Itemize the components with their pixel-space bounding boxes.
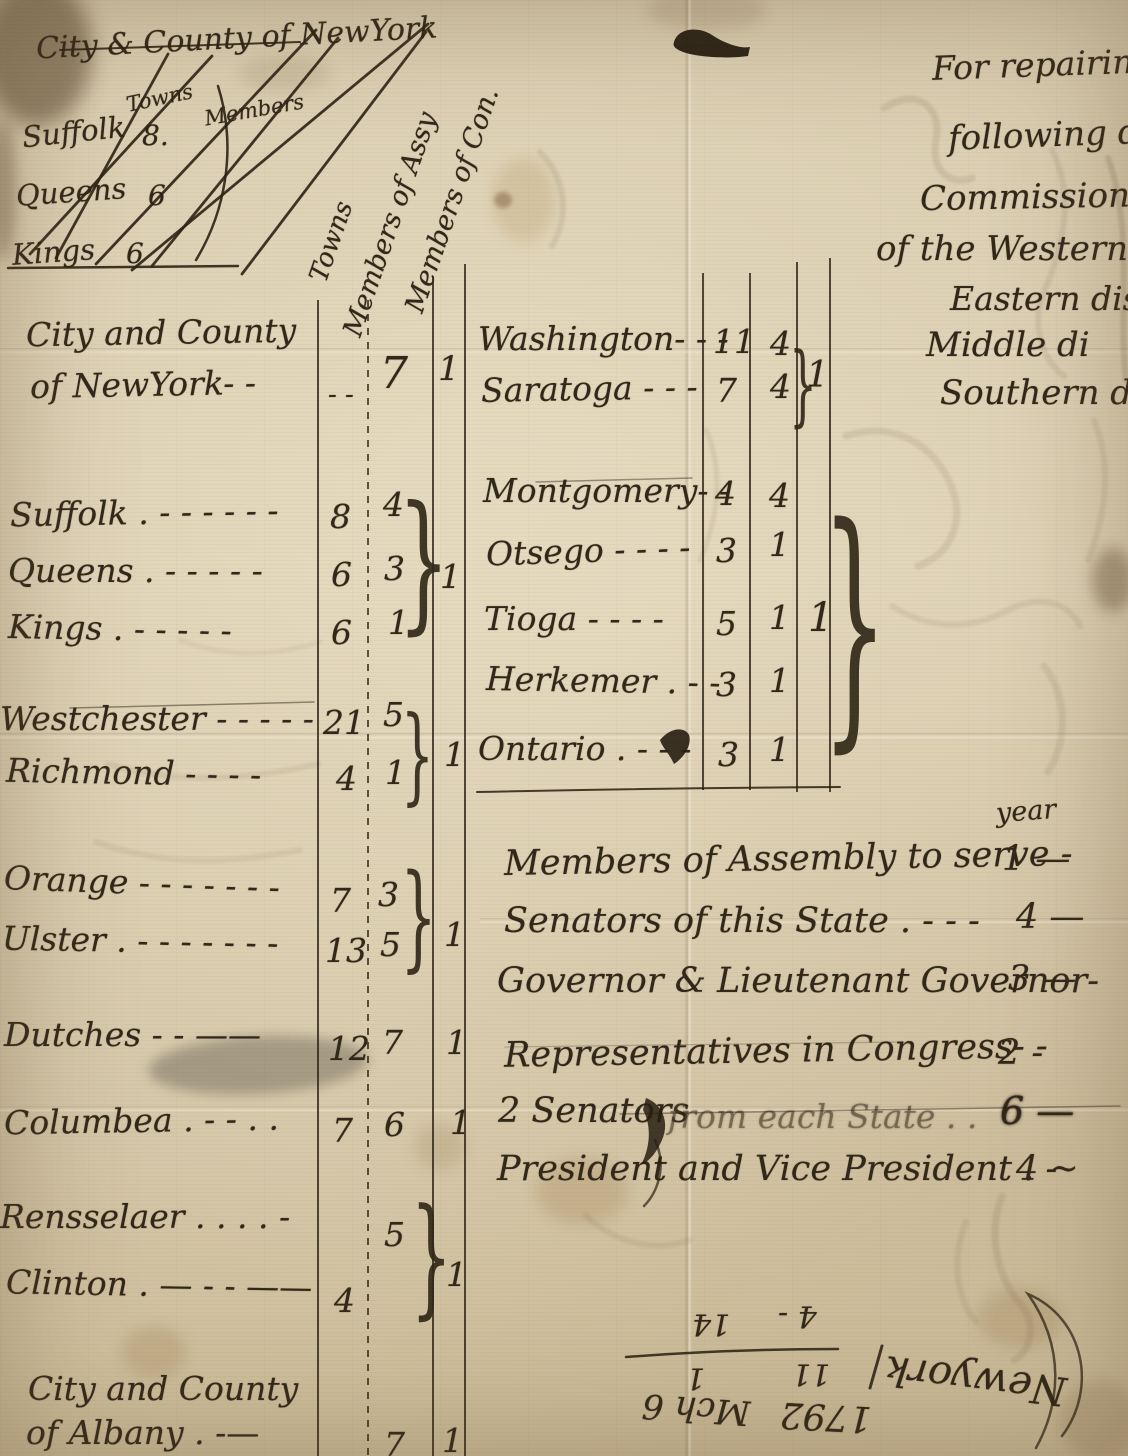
term-label: Representatives in Congress- - [504, 1029, 1048, 1073]
county-name: Washington- - - [478, 322, 729, 355]
crossed-row-towns: 6 [126, 240, 144, 268]
stain [978, 1288, 1062, 1348]
term-label-faded: from each State . . [668, 1100, 977, 1133]
corner-note-line: Commissioner [920, 178, 1128, 216]
county-name: Queens . - - - - - [8, 554, 263, 587]
crossed-title: City & County of NewYork [35, 14, 438, 65]
crossed-row-name: Suffolk [21, 113, 127, 153]
crossed-row-name: Kings [11, 235, 96, 270]
assembly-count: 5 [384, 1218, 405, 1251]
county-name: Otsego - - - - [485, 530, 690, 570]
county-name: Columbea . - - . . [4, 1102, 279, 1140]
term-years: 4 ~ [1016, 1152, 1079, 1187]
grouping-brace: } [822, 468, 888, 780]
towns-count: 4 [334, 1284, 355, 1317]
towns-count: 3 [716, 534, 737, 567]
docket-sum: 11 [792, 1358, 830, 1388]
county-name: City and County [28, 1372, 298, 1405]
crossed-row-towns: 6 [148, 182, 166, 210]
assembly-count: 4 [769, 479, 790, 512]
term-years: 4 — [1016, 900, 1084, 935]
towns-count: 4 [336, 762, 357, 795]
towns-count: 7 [330, 884, 351, 917]
county-name: Ontario . - - - [478, 732, 691, 765]
county-name: Westchester - - - - - [0, 702, 314, 735]
towns-count: 8 [330, 500, 351, 533]
county-name: Dutches - - —— [4, 1018, 261, 1051]
term-years: 1 — [1002, 842, 1070, 877]
assembly-count: 1 [769, 733, 790, 766]
county-name: Orange - - - - - - - [4, 861, 281, 904]
assembly-count: 1 [769, 528, 790, 561]
county-name: of NewYork- - [30, 366, 257, 403]
table-rule-dashed [367, 300, 369, 1456]
stain [646, 0, 766, 30]
assembly-count: 7 [382, 1026, 403, 1059]
assembly-count: 5 [380, 928, 401, 961]
congress-count: 1 [444, 738, 465, 771]
county-name: Rensselaer . . . . - [0, 1200, 290, 1233]
term-years: 2 - [998, 1036, 1043, 1071]
county-name: Ulster . - - - - - - - [2, 922, 279, 960]
table-rule [317, 300, 319, 1456]
towns-count: 12 [328, 1032, 370, 1065]
grouping-brace: } [789, 332, 817, 438]
towns-count: 3 [718, 738, 739, 771]
term-years: 6 — [1000, 1092, 1074, 1130]
county-name: of Albany . -— [26, 1416, 259, 1449]
congress-count: 1 [438, 352, 460, 386]
crossed-row-name: Queens [15, 174, 127, 211]
stain [492, 158, 556, 242]
term-label: Senators of this State . - - - [504, 904, 980, 939]
congress-count: 1 [446, 1026, 467, 1059]
assembly-count: 7 [384, 1428, 405, 1456]
county-name: Suffolk . - - - - - - [10, 494, 279, 532]
congress-count: 1 [442, 1424, 463, 1456]
county-name: Tioga - - - - [484, 602, 664, 635]
county-name: Herkemer . - - [486, 662, 721, 699]
fold-crease-vertical [684, 0, 692, 1456]
grouping-brace: } [411, 1178, 452, 1334]
towns-count: 5 [716, 607, 737, 640]
corner-note-line: Eastern dis [950, 282, 1128, 315]
towns-count: 7 [332, 1114, 353, 1147]
county-name: Clinton . — - - —— [6, 1265, 313, 1303]
towns-count: - - [328, 382, 354, 408]
county-name: Kings . - - - - - [8, 610, 232, 647]
assembly-count: 1 [769, 664, 790, 697]
crossed-col-members: Members [203, 91, 306, 129]
congress-count: 1 [444, 918, 465, 951]
county-name: Montgomery- - [483, 474, 730, 507]
towns-count: 3 [716, 668, 737, 701]
assembly-count: 6 [384, 1108, 405, 1141]
crossed-col-towns: Towns [125, 81, 195, 116]
ink-blot [674, 30, 750, 58]
corner-note-line: Southern d [940, 376, 1128, 410]
stain [1060, 1380, 1128, 1456]
county-name: City and County [26, 314, 297, 352]
terms-header: year [995, 796, 1057, 827]
crossed-row-towns: 8. [142, 122, 169, 150]
corner-note-line: For repairing [931, 44, 1128, 85]
docket-sum: 14 [692, 1308, 730, 1338]
docket-date: Mch 6 [641, 1388, 751, 1429]
county-name: Saratoga - - - [481, 370, 698, 407]
stain [1092, 548, 1128, 612]
stain [494, 192, 512, 208]
corner-note-line: following dis [947, 114, 1128, 156]
towns-count: 11 [713, 325, 755, 358]
towns-count: 13 [325, 934, 367, 967]
towns-count: 6 [331, 558, 352, 591]
term-label: President and Vice President . - [497, 1152, 1057, 1187]
towns-count: 4 [715, 477, 736, 510]
grouping-brace: } [400, 848, 437, 986]
corner-note-line: Middle di [926, 328, 1090, 362]
docket-year: 1792 [779, 1396, 872, 1437]
docket-place: Newyork [882, 1349, 1068, 1411]
term-label: Members of Assembly to serve - [504, 837, 1073, 882]
assembly-count: 4 [770, 370, 791, 403]
grouping-brace: } [401, 692, 434, 818]
towns-count: 21 [323, 706, 365, 739]
grouping-brace: } [397, 472, 449, 652]
towns-count: 7 [716, 374, 737, 407]
term-label: 2 Senators [498, 1094, 689, 1129]
corner-note-line: of the Western di [876, 232, 1128, 266]
county-name: Richmond - - - - [6, 754, 262, 791]
docket-sum: 4 - [778, 1300, 817, 1330]
congress-count: 1 [450, 1106, 471, 1139]
assembly-count: 7 [380, 352, 408, 396]
assembly-count: 4 [770, 327, 791, 360]
assembly-count: 1 [769, 601, 790, 634]
towns-count: 6 [331, 616, 352, 649]
manuscript-page: City & County of NewYork Towns Members S… [0, 0, 1128, 1456]
assembly-count: 3 [378, 878, 399, 911]
term-years: 3 — [1008, 962, 1076, 997]
